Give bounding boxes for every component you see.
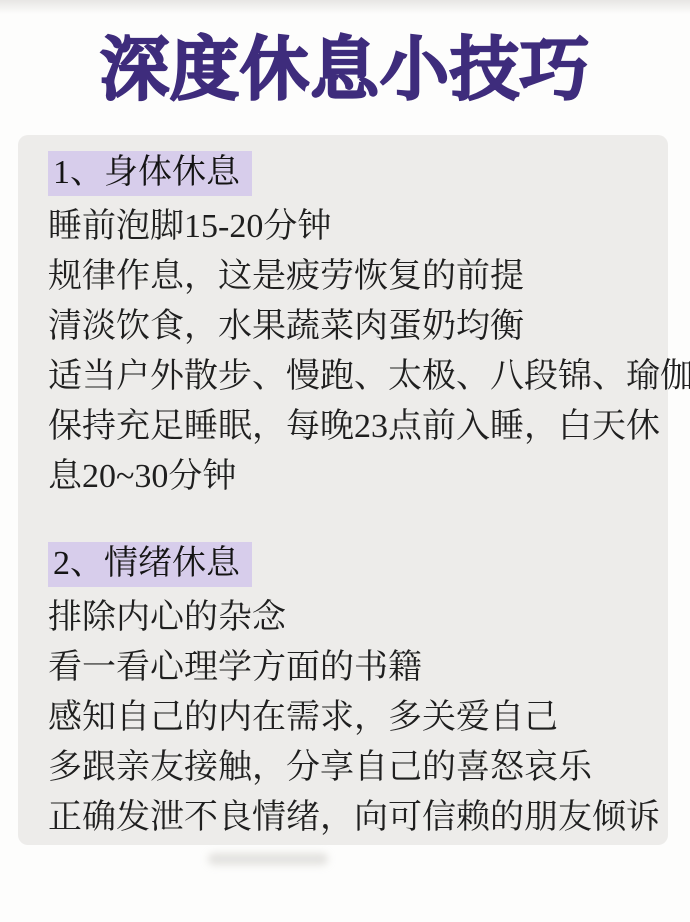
tip-line: 息20~30分钟: [48, 452, 640, 502]
section-heading-row: 2、情绪休息: [48, 542, 640, 587]
section-heading-row: 1、身体休息: [48, 151, 640, 196]
section-emotion-rest: 2、情绪休息 排除内心的杂念 看一看心理学方面的书籍 感知自己的内在需求，多关爱…: [48, 542, 640, 843]
section-1-heading: 1、身体休息: [48, 151, 252, 196]
tip-line: 排除内心的杂念: [48, 593, 640, 643]
watermark-smudge: [208, 853, 328, 865]
top-edge-shade: [0, 0, 690, 14]
page-title: 深度休息小技巧: [0, 22, 690, 118]
tip-line: 多跟亲友接触，分享自己的喜怒哀乐: [48, 743, 640, 793]
tip-line: 睡前泡脚15-20分钟: [48, 202, 640, 252]
tip-line: 感知自己的内在需求，多关爱自己: [48, 693, 640, 743]
tip-line: 适当户外散步、慢跑、太极、八段锦、瑜伽: [48, 352, 640, 402]
tip-line: 保持充足睡眠，每晚23点前入睡，白天休: [48, 402, 640, 452]
tip-line: 清淡饮食，水果蔬菜肉蛋奶均衡: [48, 302, 640, 352]
section-body-rest: 1、身体休息 睡前泡脚15-20分钟 规律作息，这是疲劳恢复的前提 清淡饮食，水…: [48, 151, 640, 502]
tip-line: 看一看心理学方面的书籍: [48, 643, 640, 693]
content-card: 1、身体休息 睡前泡脚15-20分钟 规律作息，这是疲劳恢复的前提 清淡饮食，水…: [18, 135, 668, 845]
section-2-heading: 2、情绪休息: [48, 542, 252, 587]
tip-line: 正确发泄不良情绪，向可信赖的朋友倾诉: [48, 793, 640, 843]
tip-line: 规律作息，这是疲劳恢复的前提: [48, 252, 640, 302]
